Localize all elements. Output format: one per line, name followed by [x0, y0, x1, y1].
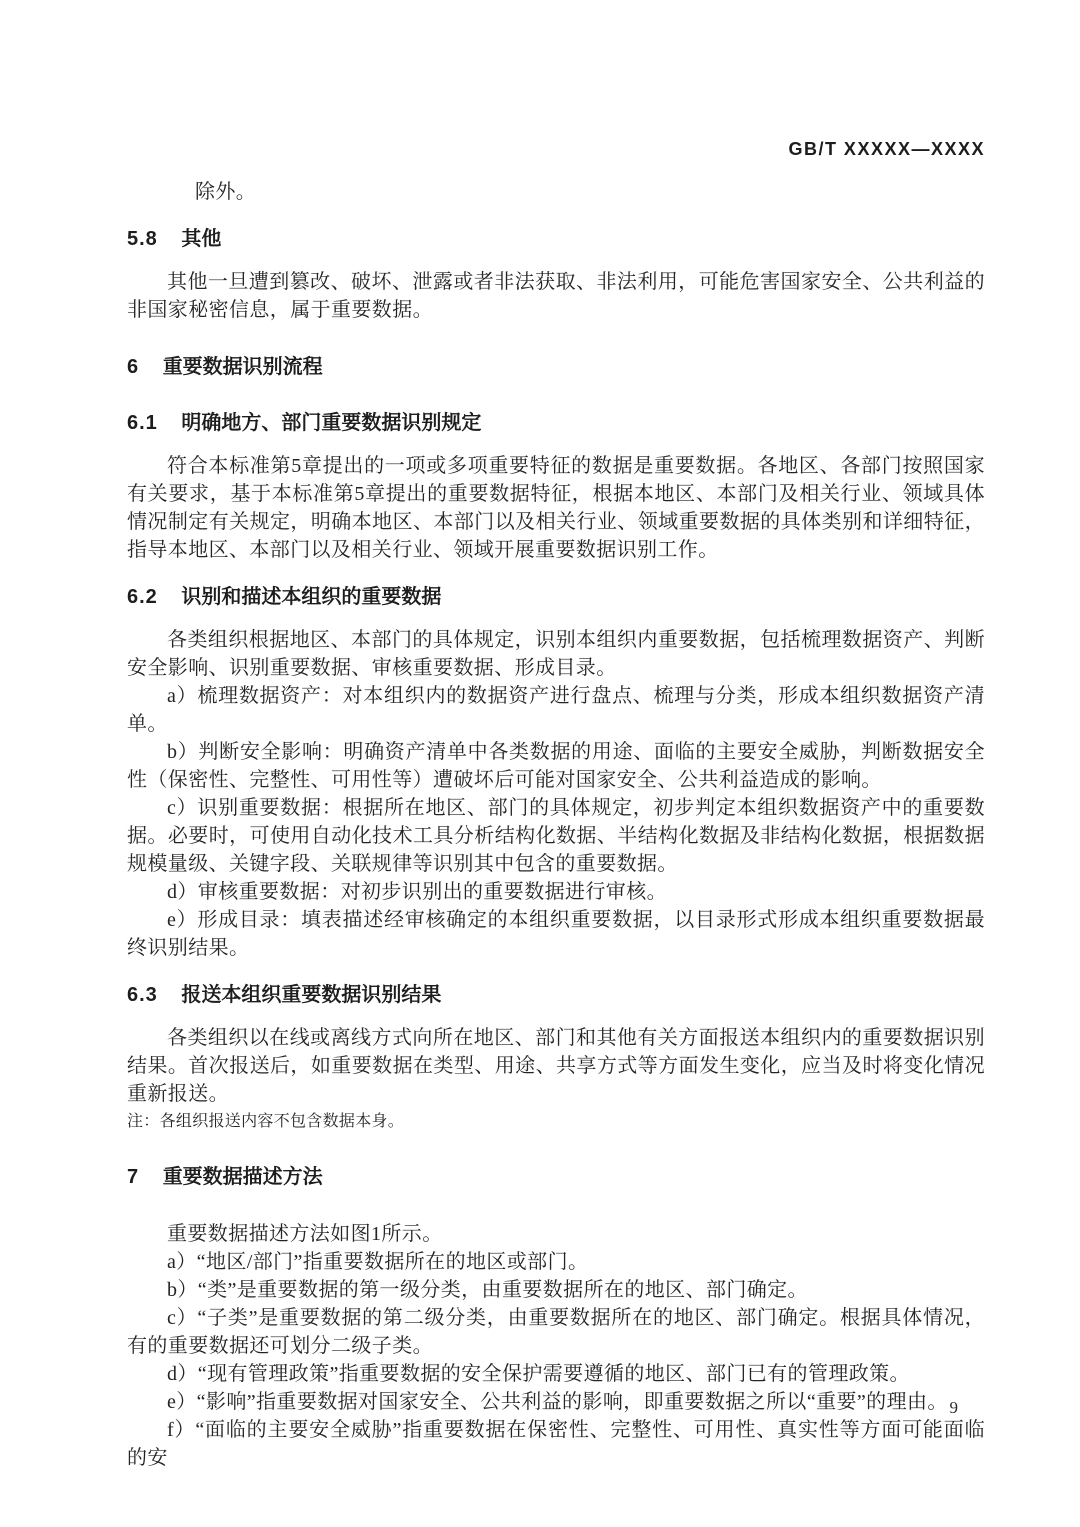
page-number: 9	[950, 1398, 959, 1418]
section-title: 明确地方、部门重要数据识别规定	[181, 412, 481, 434]
standard-code-header: GB/T XXXXX—XXXX	[0, 0, 1080, 160]
list-item-c: c）“子类”是重要数据的第二级分类，由重要数据所在的地区、部门确定。根据具体情况…	[127, 1304, 985, 1360]
section-heading-5-8: 5.8 其他	[127, 226, 985, 252]
section-heading-6-2: 6.2 识别和描述本组织的重要数据	[127, 584, 985, 610]
section-number: 6.3	[127, 984, 158, 1006]
section-heading-6-1: 6.1 明确地方、部门重要数据识别规定	[127, 410, 985, 436]
chapter-title: 重要数据描述方法	[163, 1166, 323, 1188]
chapter-heading-6: 6 重要数据识别流程	[127, 354, 985, 380]
carryover-line: 除外。	[127, 178, 985, 206]
section-title: 识别和描述本组织的重要数据	[181, 586, 441, 608]
chapter-title: 重要数据识别流程	[163, 356, 323, 378]
paragraph-6-1: 符合本标准第5章提出的一项或多项重要特征的数据是重要数据。各地区、各部门按照国家…	[127, 452, 985, 564]
paragraph-5-8: 其他一旦遭到篡改、破坏、泄露或者非法获取、非法利用，可能危害国家安全、公共利益的…	[127, 268, 985, 324]
section-heading-6-3: 6.3 报送本组织重要数据识别结果	[127, 982, 985, 1008]
paragraph-7: 重要数据描述方法如图1所示。	[127, 1220, 985, 1248]
list-item-d: d）审核重要数据：对初步识别出的重要数据进行审核。	[127, 878, 985, 906]
paragraph-6-3: 各类组织以在线或离线方式向所在地区、部门和其他有关方面报送本组织内的重要数据识别…	[127, 1024, 985, 1108]
list-item-b: b）“类”是重要数据的第一级分类，由重要数据所在的地区、部门确定。	[127, 1276, 985, 1304]
chapter-number: 7	[127, 1166, 139, 1188]
section-title: 报送本组织重要数据识别结果	[181, 984, 441, 1006]
paragraph-6-2: 各类组织根据地区、本部门的具体规定，识别本组织内重要数据，包括梳理数据资产、判断…	[127, 626, 985, 682]
list-item-c: c）识别重要数据：根据所在地区、部门的具体规定，初步判定本组织数据资产中的重要数…	[127, 794, 985, 878]
chapter-number: 6	[127, 356, 139, 378]
list-item-f: f）“面临的主要安全威胁”指重要数据在保密性、完整性、可用性、真实性等方面可能面…	[127, 1416, 985, 1472]
section-number: 5.8	[127, 228, 158, 250]
chapter-heading-7: 7 重要数据描述方法	[127, 1164, 985, 1190]
section-title: 其他	[181, 228, 221, 250]
list-item-e: e）形成目录：填表描述经审核确定的本组织重要数据，以目录形式形成本组织重要数据最…	[127, 906, 985, 962]
list-item-a: a）“地区/部门”指重要数据所在的地区或部门。	[127, 1248, 985, 1276]
list-item-e: e）“影响”指重要数据对国家安全、公共利益的影响，即重要数据之所以“重要”的理由…	[127, 1388, 985, 1416]
list-item-d: d）“现有管理政策”指重要数据的安全保护需要遵循的地区、部门已有的管理政策。	[127, 1360, 985, 1388]
section-number: 6.1	[127, 412, 158, 434]
list-item-a: a）梳理数据资产：对本组织内的数据资产进行盘点、梳理与分类，形成本组织数据资产清…	[127, 682, 985, 738]
list-item-b: b）判断安全影响：明确资产清单中各类数据的用途、面临的主要安全威胁，判断数据安全…	[127, 738, 985, 794]
document-page: GB/T XXXXX—XXXX 除外。 5.8 其他 其他一旦遭到篡改、破坏、泄…	[0, 0, 1080, 1527]
page-content: 除外。 5.8 其他 其他一旦遭到篡改、破坏、泄露或者非法获取、非法利用，可能危…	[0, 178, 1080, 1472]
note-line: 注：各组织报送内容不包含数据本身。	[127, 1110, 985, 1134]
section-number: 6.2	[127, 586, 158, 608]
